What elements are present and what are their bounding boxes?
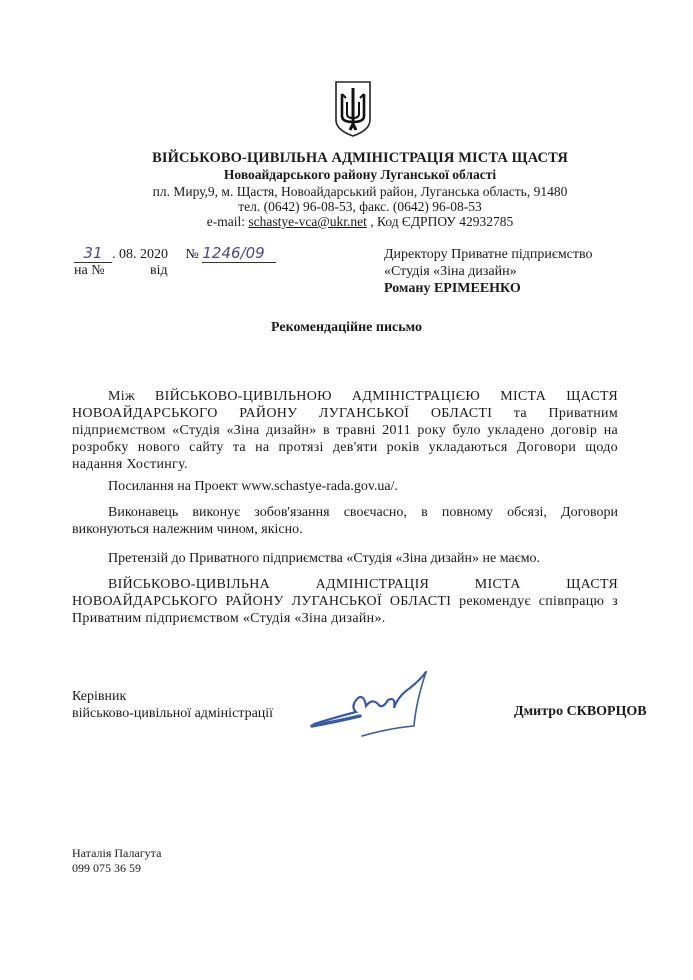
document-title: Рекомендаційне письмо [0,320,693,336]
contact-name: Наталія Палагута [72,846,161,861]
edrpou-code: , Код ЄДРПОУ 42932785 [367,214,513,229]
email-link[interactable]: schastye-vca@ukr.net [248,214,367,229]
reg-number: 1246/09 [202,244,276,263]
addressee-position: Директору Приватне підприємство [384,246,593,263]
body-paragraph-4: Претензій до Приватного підприємства «Ст… [72,550,618,567]
contact-person: Наталія Палагута 099 075 36 59 [72,846,161,876]
reg-day: 31 [74,244,112,263]
reg-number-label: № [186,247,199,262]
contact-phone: 099 075 36 59 [72,861,161,876]
from-label: від [150,263,168,279]
signatory-position: Керівник військово-цивільної адміністрац… [72,688,273,722]
body-paragraph-3: Виконавець виконує зобов'язання своєчасн… [72,504,618,538]
body-paragraph-2: Посилання на Проект www.schastye-rada.go… [72,478,618,495]
org-name: ВІЙСЬКОВО-ЦИВІЛЬНА АДМІНІСТРАЦІЯ МІСТА Щ… [100,150,620,167]
addressee-name: Роману ЕРІМЕЕНКО [384,280,593,297]
org-address: пл. Миру,9, м. Щастя, Новоайдарський рай… [100,184,620,200]
trident-coat-of-arms-icon [333,80,373,138]
signatory-name: Дмитро СКВОРЦОВ [514,704,647,720]
addressee-company: «Студія «Зіна дизайн» [384,263,593,280]
addressee: Директору Приватне підприємство «Студія … [384,246,593,297]
handwritten-signature-icon [310,666,460,738]
reg-date: . 08. 2020 [112,247,168,262]
org-phone-fax: тел. (0642) 96-08-53, факс. (0642) 96-08… [100,199,620,215]
body-paragraph-5: ВІЙСЬКОВО-ЦИВІЛЬНА АДМІНІСТРАЦІЯ МІСТА Щ… [72,576,618,627]
position-line-2: військово-цивільної адміністрації [72,705,273,722]
registration-block: 31. 08. 2020 № 1246/09 на № від [64,244,354,284]
org-email-line: e-mail: schastye-vca@ukr.net , Код ЄДРПО… [100,214,620,230]
org-region: Новоайдарського району Луганської област… [100,167,620,183]
email-label: e-mail: [207,214,249,229]
ref-label: на № [74,263,105,279]
position-line-1: Керівник [72,688,273,705]
body-paragraph-1: Між ВІЙСЬКОВО-ЦИВІЛЬНОЮ АДМІНІСТРАЦІЄЮ М… [72,388,618,473]
